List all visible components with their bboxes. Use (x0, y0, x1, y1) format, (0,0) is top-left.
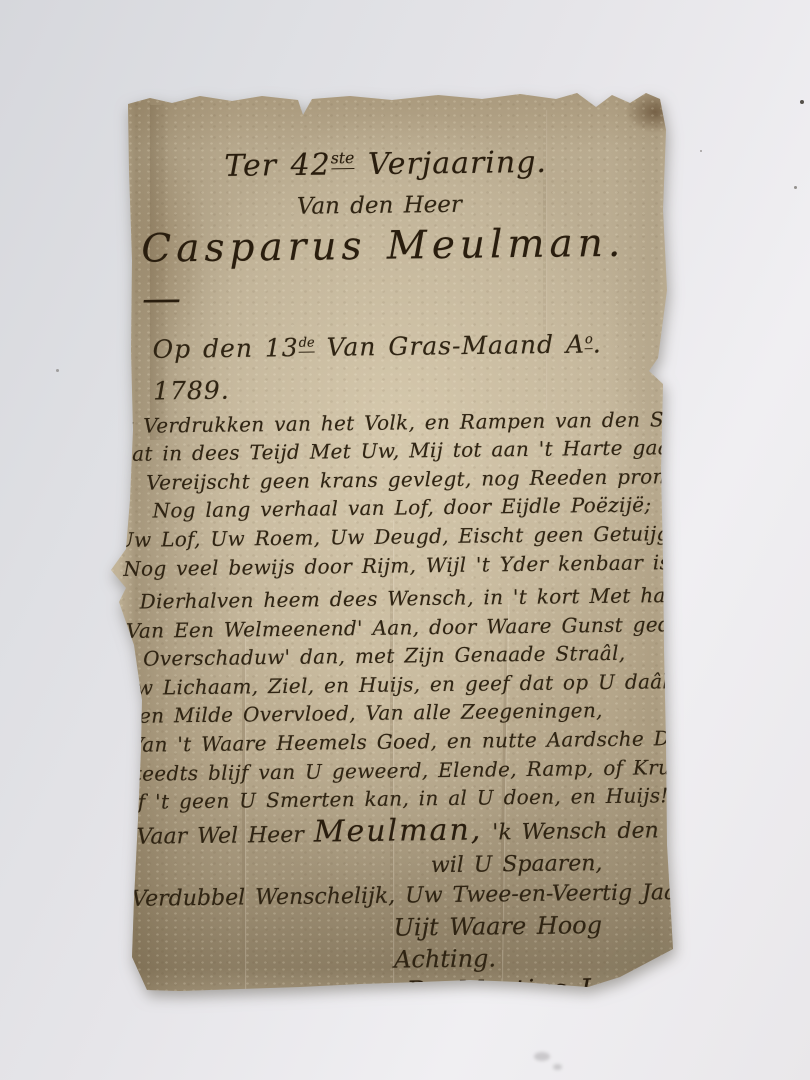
date-superscript: de (299, 336, 315, 353)
farewell-line: Vaar Wel Heer Meulman, 'k Wensch den Hem… (136, 810, 685, 856)
date-text: Op den 13 (152, 333, 298, 364)
signature: Pr. Martius Jansz (406, 972, 687, 1008)
signature-flourish (349, 999, 690, 1075)
title-superscript: ste (331, 149, 355, 169)
title-text: Ter 42 (224, 148, 331, 184)
farewell-name: Meulman, (314, 812, 483, 849)
poem-line-text: Dierhalven heem dees Wensch, in 't kort … (140, 582, 796, 614)
date-text: Van Gras-Maand A (315, 330, 586, 362)
title-line: Ter 42ste Verjaaring. (224, 129, 678, 192)
farewell-text: Vaar Wel Heer (136, 822, 314, 849)
title-text: Verjaaring. (354, 145, 547, 182)
dedication-line: Van den Heer (297, 186, 678, 223)
date-line: Op den 13de Van Gras-Maand Ao. 1789. (152, 318, 680, 411)
photo-scene: Ter 42ste Verjaaring. Van den Heer Caspa… (0, 0, 810, 1080)
paper-shadow-wrapper: Ter 42ste Verjaaring. Van den Heer Caspa… (0, 0, 810, 1080)
manuscript-text: Ter 42ste Verjaaring. Van den Heer Caspa… (112, 129, 688, 1078)
farewell-text: 'k Wensch den Hemel (482, 817, 742, 845)
closing-line: Uijt Waare Hoog Achting. (393, 908, 687, 976)
manuscript-paper: Ter 42ste Verjaaring. Van den Heer Caspa… (0, 0, 810, 1080)
farewell-continuation: wil U Spaaren, (431, 849, 686, 880)
recipient-name: Casparus Meulman. — (141, 218, 679, 325)
poem-line-superscript: ven, (795, 582, 810, 595)
